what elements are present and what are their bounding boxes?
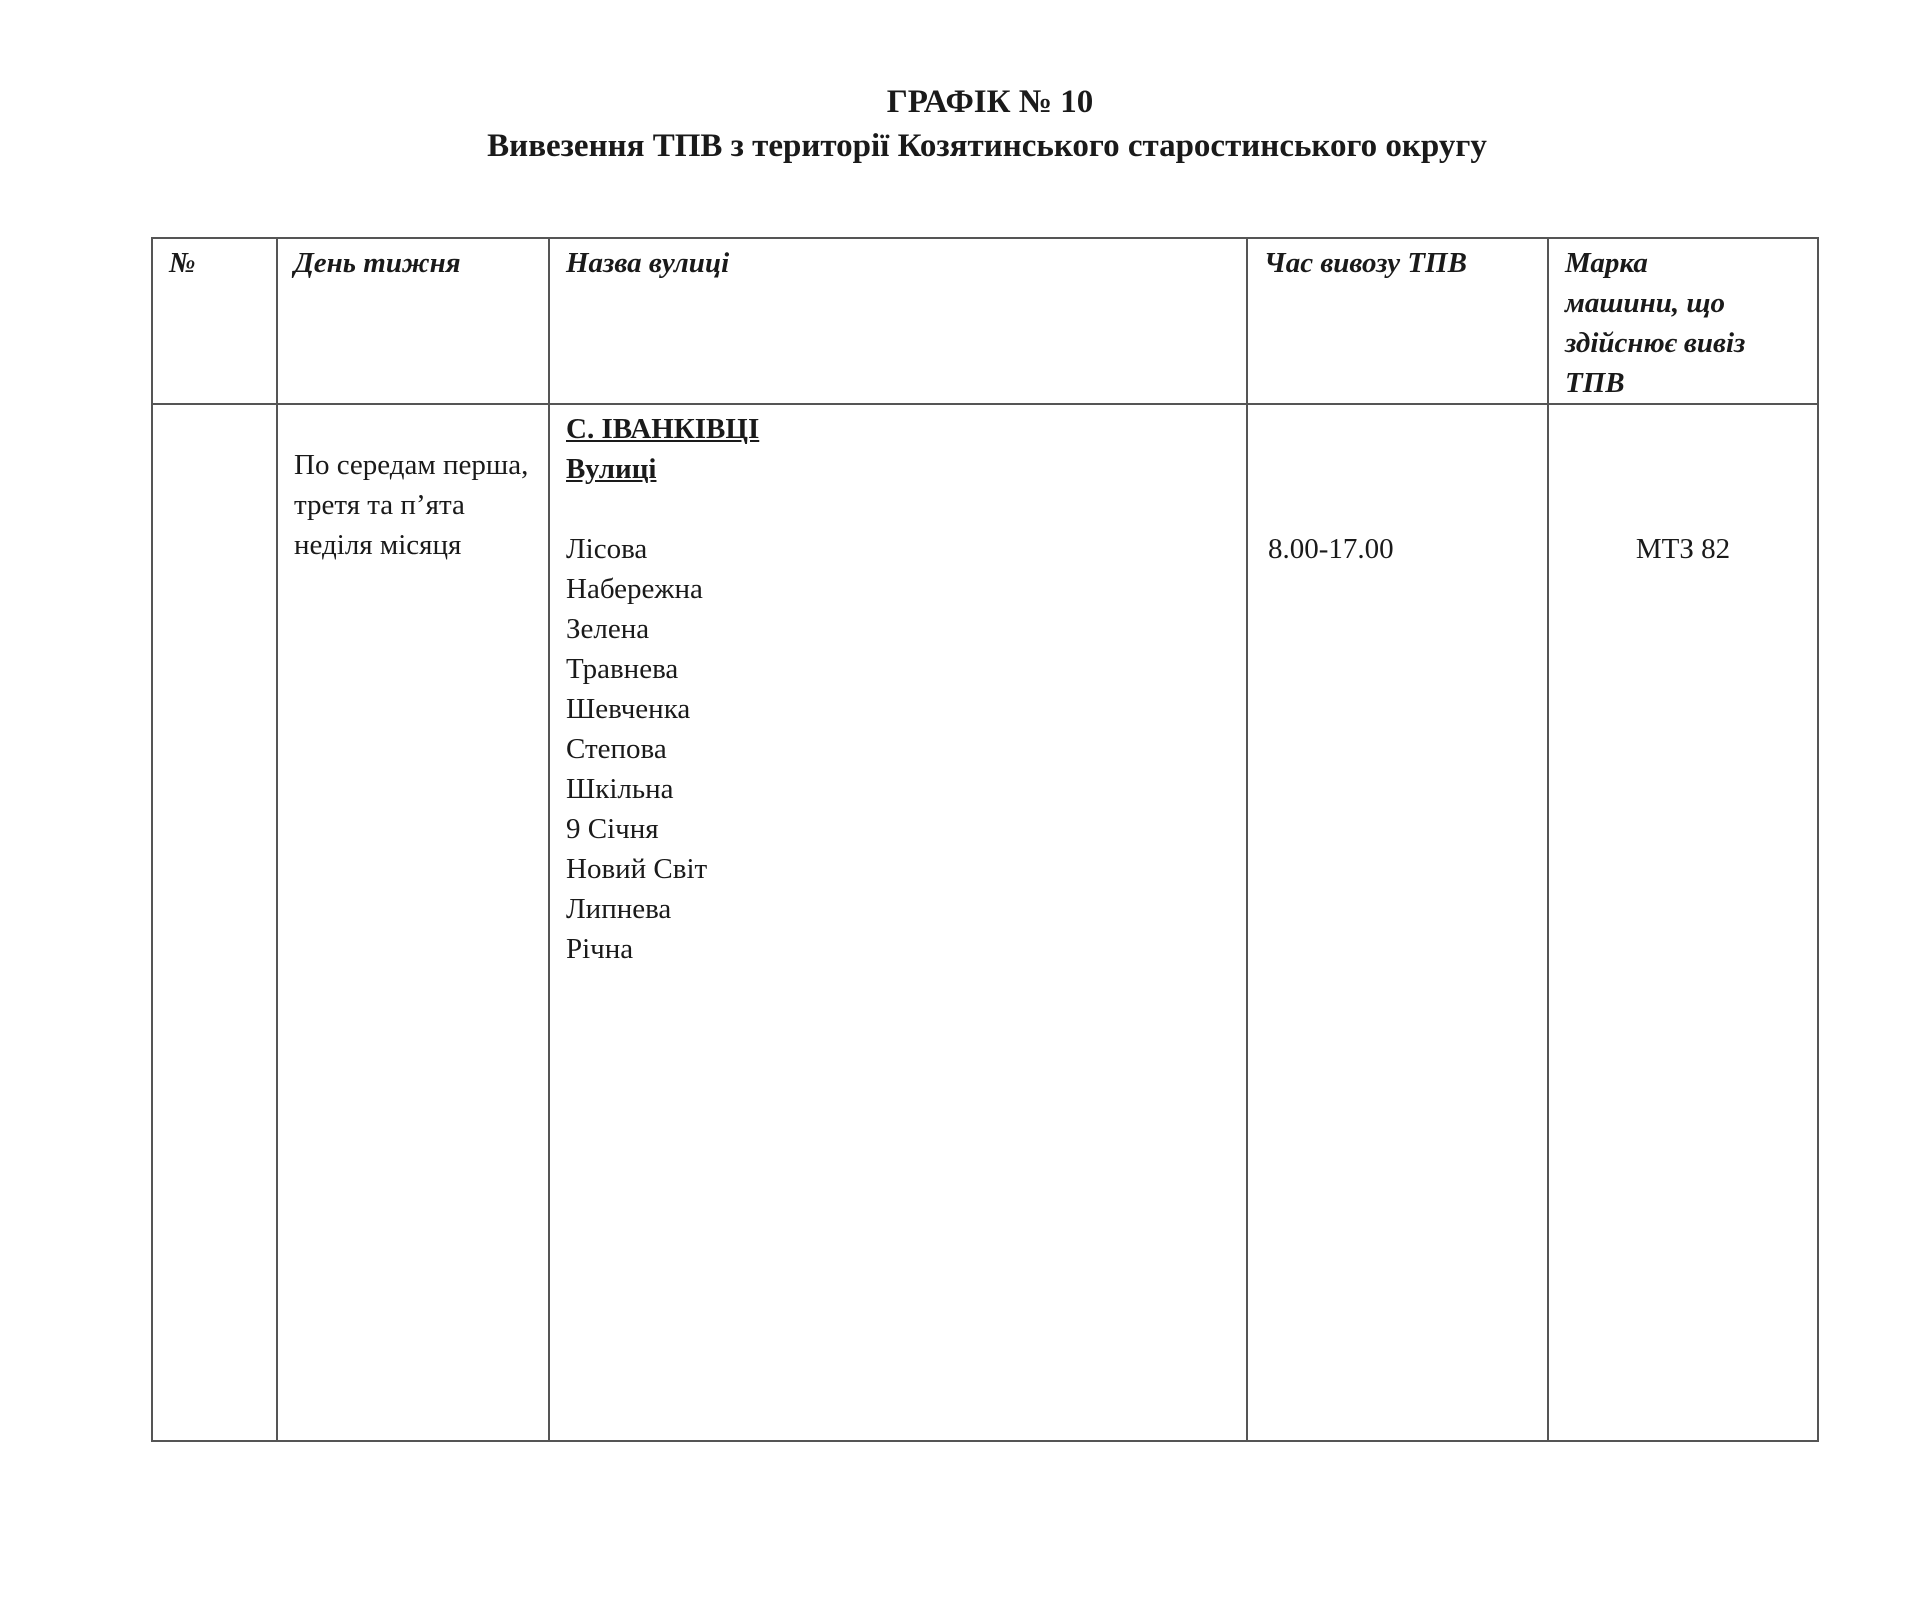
cell-truck: МТЗ 82 (1548, 404, 1818, 1441)
header-truck: Марка машини, що здійснює вивіз ТПВ (1548, 238, 1818, 404)
cell-time: 8.00-17.00 (1247, 404, 1548, 1441)
cell-day: По середам перша, третя та п’ята неділя … (277, 404, 549, 1441)
street-item: Степова (566, 729, 1230, 769)
header-time: Час вивозу ТПВ (1247, 238, 1548, 404)
header-number: № (152, 238, 277, 404)
street-item: Набережна (566, 569, 1230, 609)
street-item: Новий Світ (566, 849, 1230, 889)
document-title: ГРАФІК № 10 (0, 84, 1920, 121)
truck-text: МТЗ 82 (1549, 405, 1817, 569)
cell-streets: С. ІВАНКІВЦІ Вулиці ЛісоваНабережнаЗелен… (549, 404, 1247, 1441)
street-item: Річна (566, 929, 1230, 969)
street-item: Шкільна (566, 769, 1230, 809)
streets-label: Вулиці (566, 449, 656, 489)
schedule-table: № День тижня Назва вулиці Час вивозу ТПВ… (151, 237, 1819, 1442)
time-text: 8.00-17.00 (1248, 405, 1547, 569)
street-item: 9 Січня (566, 809, 1230, 849)
street-item: Липнева (566, 889, 1230, 929)
table-header-row: № День тижня Назва вулиці Час вивозу ТПВ… (152, 238, 1818, 404)
header-street: Назва вулиці (549, 238, 1247, 404)
header-day: День тижня (277, 238, 549, 404)
street-item: Лісова (566, 529, 1230, 569)
street-list: ЛісоваНабережнаЗеленаТравневаШевченкаСте… (566, 529, 1230, 969)
street-item: Зелена (566, 609, 1230, 649)
day-text: По середам перша, третя та п’ята неділя … (278, 405, 548, 565)
village-name: С. ІВАНКІВЦІ (566, 409, 759, 449)
street-item: Шевченка (566, 689, 1230, 729)
cell-number (152, 404, 277, 1441)
street-item: Травнева (566, 649, 1230, 689)
table-row: По середам перша, третя та п’ята неділя … (152, 404, 1818, 1441)
document-subtitle: Вивезення ТПВ з території Козятинського … (0, 128, 1920, 165)
